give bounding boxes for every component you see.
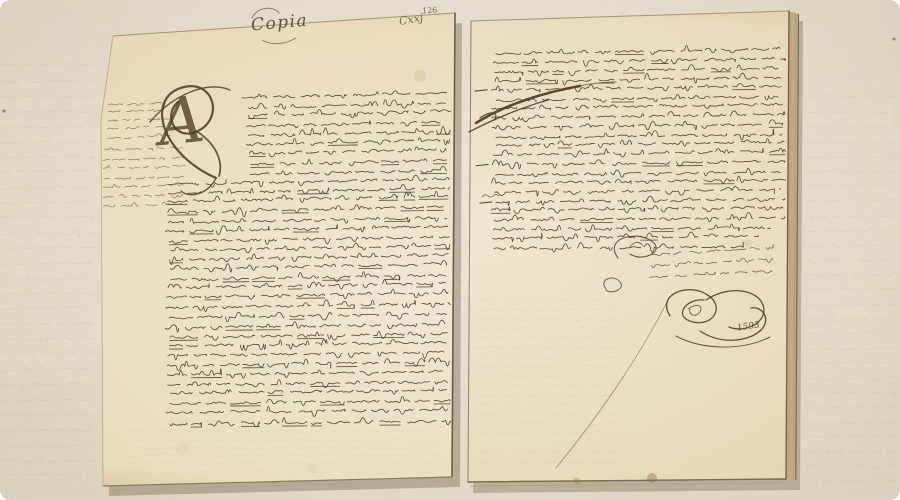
folio-number: 126 [422, 6, 438, 16]
photo-grain [0, 0, 900, 500]
decorated-initial-letter: A [155, 88, 208, 156]
ink-layer [0, 0, 900, 500]
manuscript-photo: Copia 126 Cxxj A 1593 [0, 0, 900, 500]
